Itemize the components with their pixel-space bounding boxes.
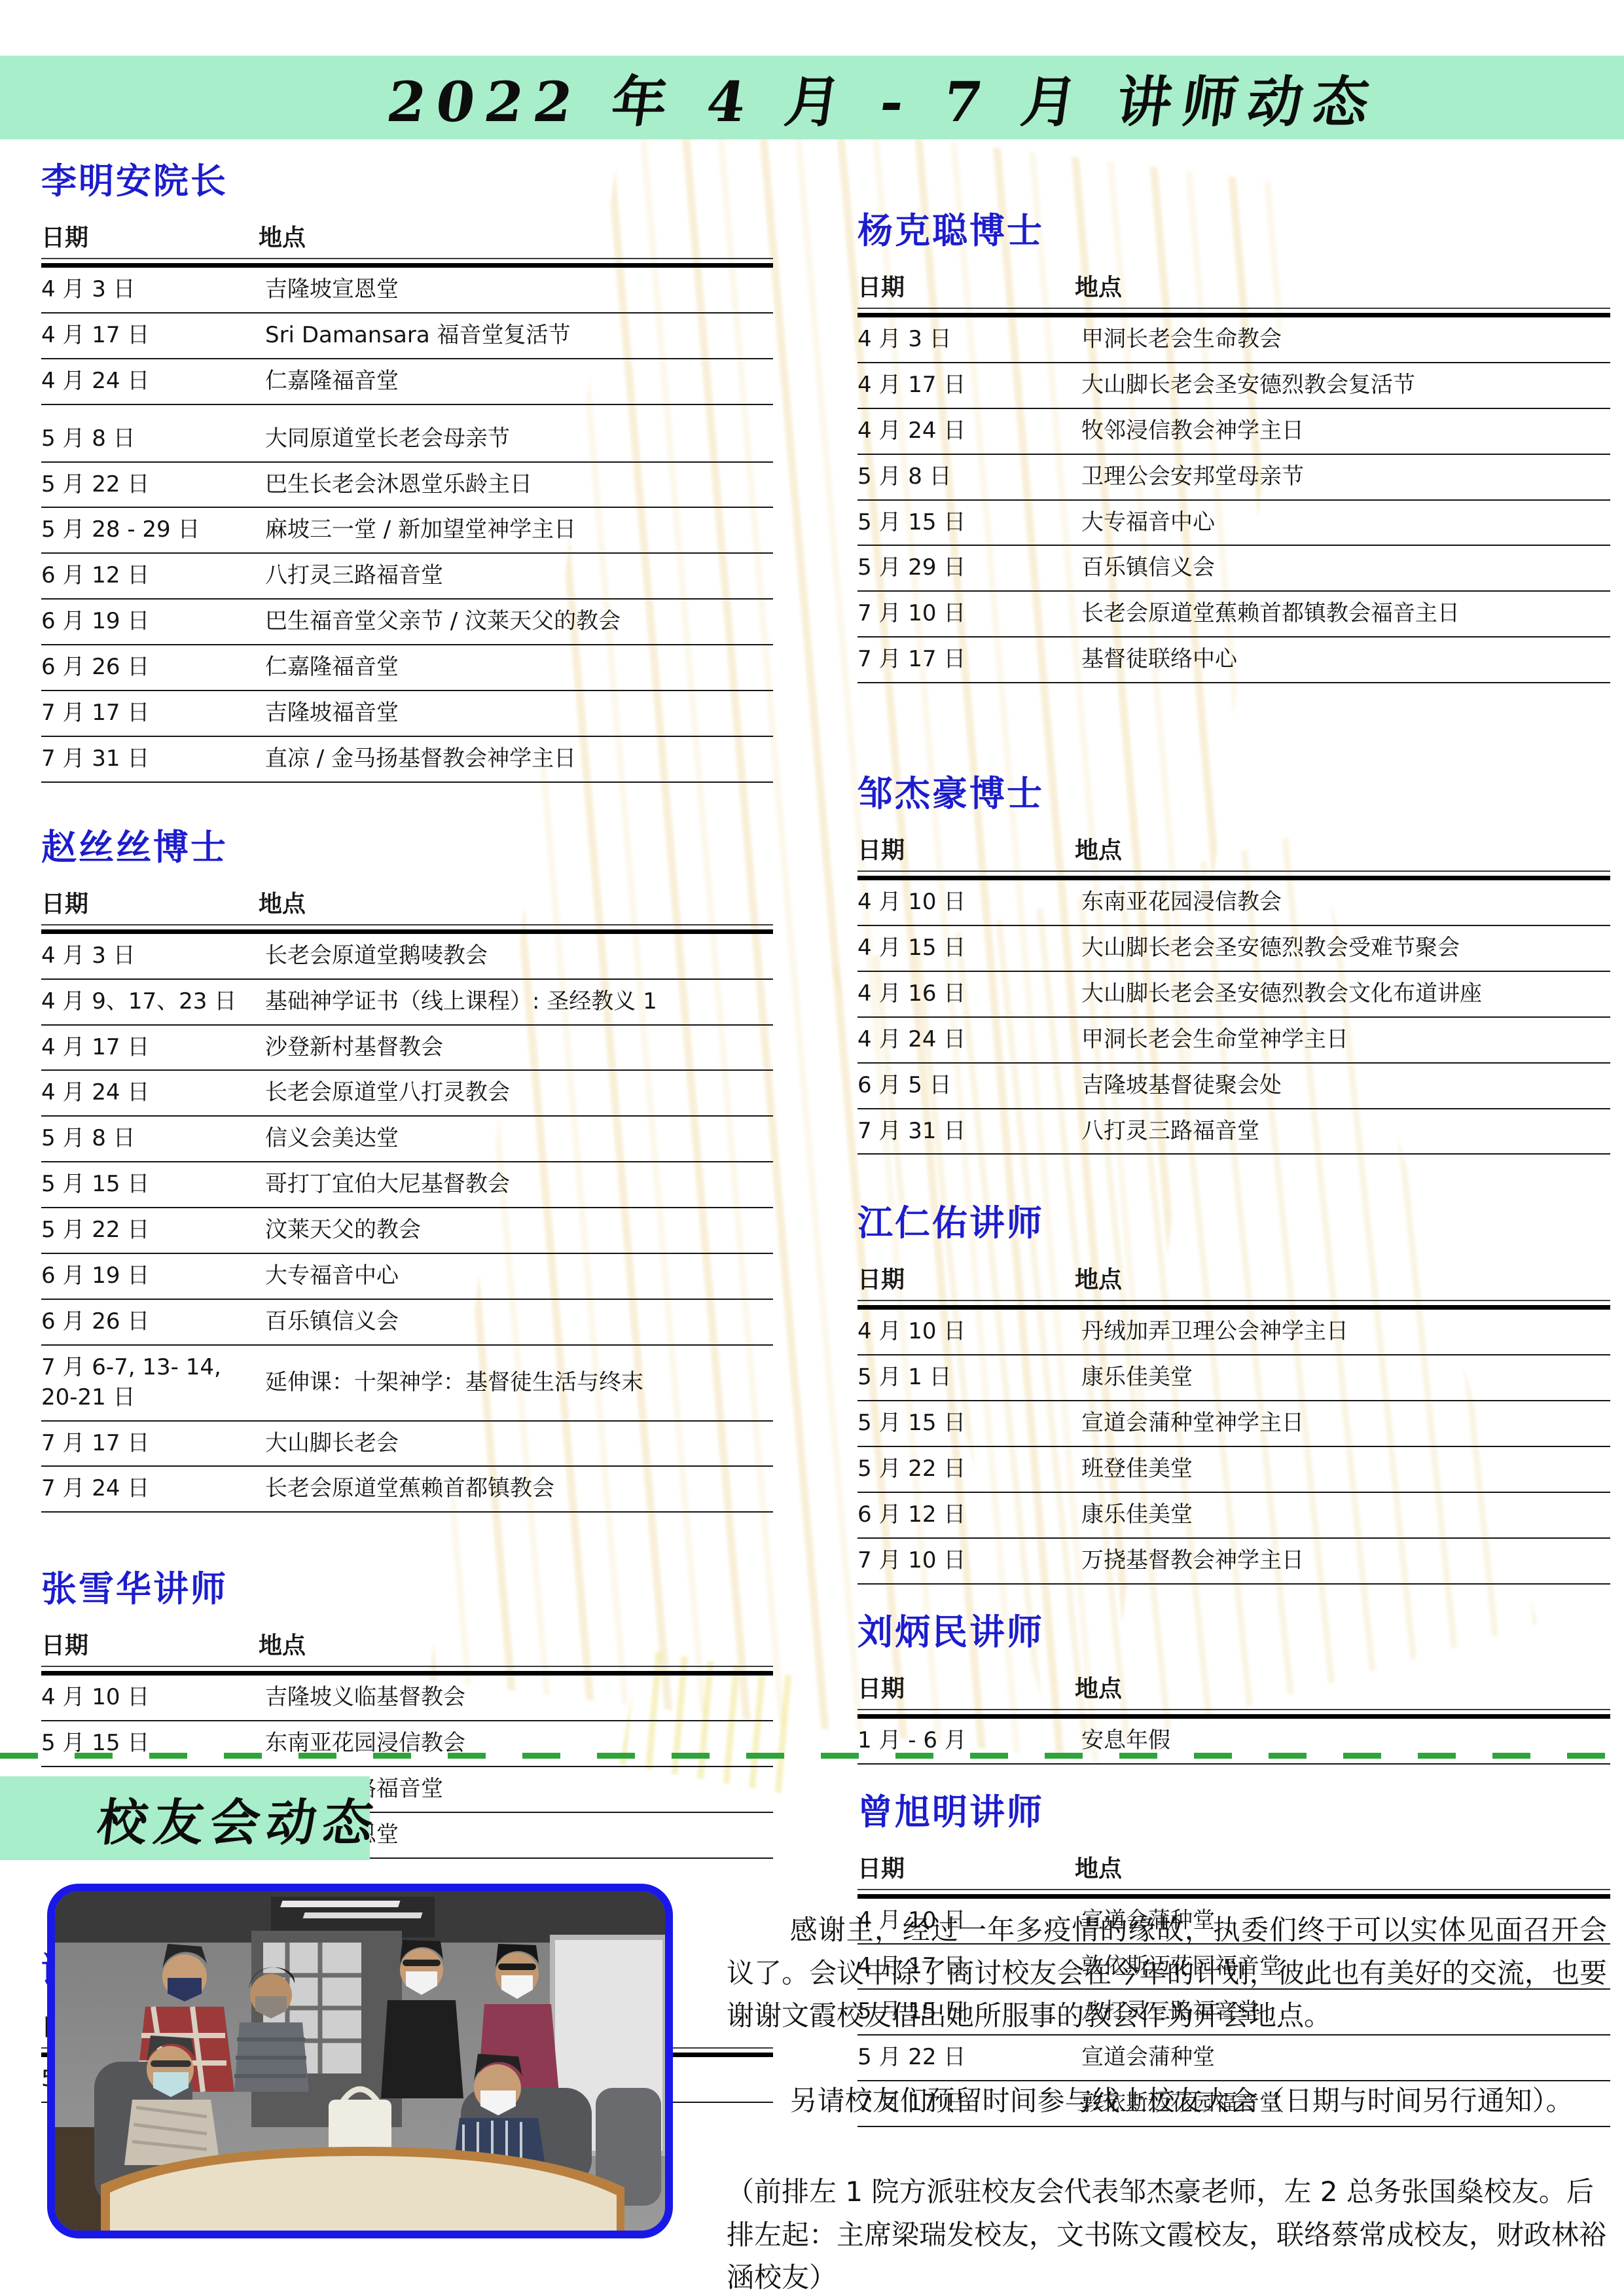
schedule-date: 5 月 8 日 [857,462,1081,492]
table-header: 日期 地点 [41,886,773,934]
schedule-row: 4 月 17 日 大山脚长老会圣安德烈教会复活节 [857,363,1610,409]
column-header-location: 地点 [259,219,773,253]
lecturer-section: 江仁佑讲师 日期 地点 4 月 10 日 丹绒加弄卫理公会神学主日 5 月 1 … [857,1195,1610,1584]
table-header: 日期 地点 [857,1670,1610,1719]
schedule-location: 麻坡三一堂 / 新加望堂神学主日 [265,515,773,545]
schedule-row: 4 月 17 日 沙登新村基督教会 [41,1026,773,1071]
schedule-row: 6 月 12 日 康乐佳美堂 [857,1493,1610,1539]
schedule-location: 甲洞长老会生命教会 [1081,325,1610,355]
schedule-table: 日期 地点 4 月 3 日 甲洞长老会生命教会 4 月 17 日 大山脚长老会圣… [857,269,1610,683]
schedule-row: 5 月 15 日 大专福音中心 [857,501,1610,547]
schedule-row: 5 月 28 - 29 日 麻坡三一堂 / 新加望堂神学主日 [41,508,773,554]
schedule-date: 4 月 24 日 [857,1025,1081,1055]
schedule-row: 5 月 8 日 卫理公会安邦堂母亲节 [857,455,1610,501]
schedule-row: 4 月 10 日 东南亚花园浸信教会 [857,880,1610,926]
schedule-date: 7 月 6-7, 13- 14, 20-21 日 [41,1353,265,1413]
schedule-date: 4 月 15 日 [857,933,1081,963]
schedule-location: 基础神学证书（线上课程）: 圣经教义 1 [265,987,773,1017]
schedule-date: 4 月 3 日 [41,275,265,305]
schedule-location: 哥打丁宜伯大尼基督教会 [265,1170,773,1200]
schedule-row: 5 月 8 日 大同原道堂长老会母亲节 [41,417,773,463]
schedule-date: 7 月 10 日 [857,599,1081,629]
column-header-date: 日期 [857,832,1075,865]
schedule-date: 7 月 10 日 [857,1546,1081,1576]
schedule-date: 5 月 15 日 [857,1408,1081,1439]
schedule-location: 甲洞长老会生命堂神学主日 [1081,1025,1610,1055]
schedule-location: 长老会原道堂八打灵教会 [265,1078,773,1108]
schedule-row: 5 月 22 日 巴生长老会沐恩堂乐龄主日 [41,463,773,509]
lecturer-name: 李明安院长 [41,153,773,204]
lecturer-section: 杨克聪博士 日期 地点 4 月 3 日 甲洞长老会生命教会 4 月 17 日 大… [857,203,1610,683]
schedule-date: 6 月 26 日 [41,1307,265,1337]
schedule-location: 卫理公会安邦堂母亲节 [1081,462,1610,492]
schedule-location: 八打灵三路福音堂 [265,561,773,591]
schedule-row: 4 月 9、17、23 日 基础神学证书（线上课程）: 圣经教义 1 [41,980,773,1026]
photo-caption: （前排左 1 院方派驻校友会代表邹杰豪老师，左 2 总务张国燊校友。后排左起：主… [727,2170,1607,2296]
schedule-row: 6 月 26 日 仁嘉隆福音堂 [41,645,773,691]
column-header-location: 地点 [1075,1850,1610,1884]
alumni-photo-illustration [55,1892,665,2231]
column-header-date: 日期 [857,1670,1075,1704]
schedule-location: 延伸课：十架神学：基督徒生活与终末 [265,1368,773,1398]
schedule-date: 5 月 22 日 [41,1215,265,1246]
schedule-row: 7 月 31 日 直凉 / 金马扬基督教会神学主日 [41,737,773,783]
schedule-date: 4 月 10 日 [857,1317,1081,1347]
schedule-date: 7 月 31 日 [857,1117,1081,1147]
schedule-location: 吉隆坡基督徒聚会处 [1081,1071,1610,1101]
schedule-location: 康乐佳美堂 [1081,1363,1610,1393]
schedule-date: 6 月 19 日 [41,607,265,637]
table-header: 日期 地点 [41,219,773,268]
schedule-location: 安息年假 [1081,1726,1610,1756]
schedule-row: 6 月 19 日 大专福音中心 [41,1254,773,1300]
schedule-location: 大山脚长老会圣安德烈教会受难节聚会 [1081,933,1610,963]
schedule-row: 6 月 26 日 百乐镇信义会 [41,1300,773,1346]
schedule-row: 5 月 15 日 哥打丁宜伯大尼基督教会 [41,1162,773,1208]
column-header-date: 日期 [41,219,259,253]
schedule-location: 汶莱天父的教会 [265,1215,773,1246]
table-header: 日期 地点 [857,832,1610,880]
schedule-date: 5 月 22 日 [857,1454,1081,1484]
table-header: 日期 地点 [857,269,1610,317]
schedule-row: 4 月 10 日 丹绒加弄卫理公会神学主日 [857,1310,1610,1355]
schedule-date: 7 月 17 日 [857,645,1081,675]
section-divider [0,1753,1624,1759]
schedule-row: 4 月 3 日 长老会原道堂鹅唛教会 [41,934,773,980]
schedule-row: 7 月 17 日 吉隆坡福音堂 [41,691,773,737]
schedule-row: 4 月 24 日 牧邻浸信教会神学主日 [857,409,1610,455]
schedule-location: 东南亚花园浸信教会 [1081,888,1610,918]
schedule-location: 吉隆坡义临基督教会 [265,1683,773,1713]
schedule-date: 5 月 29 日 [857,553,1081,583]
lecturer-name: 曾旭明讲师 [857,1784,1610,1835]
schedule-table: 日期 地点 4 月 3 日 长老会原道堂鹅唛教会 4 月 9、17、23 日 基… [41,886,773,1513]
schedule-location: 百乐镇信义会 [1081,553,1610,583]
schedule-location: 大同原道堂长老会母亲节 [265,424,773,454]
schedule-date: 6 月 12 日 [857,1500,1081,1530]
schedule-row: 6 月 12 日 八打灵三路福音堂 [41,554,773,600]
schedule-location: 长老会原道堂蕉赖首都镇教会福音主日 [1081,599,1610,629]
lecturer-name: 刘炳民讲师 [857,1604,1610,1655]
schedule-table: 日期 地点 4 月 10 日 东南亚花园浸信教会 4 月 15 日 大山脚长老会… [857,832,1610,1155]
schedule-date: 4 月 3 日 [857,325,1081,355]
schedule-row: 5 月 22 日 班登佳美堂 [857,1447,1610,1493]
alumni-paragraph-1: 感谢主，经过一年多疫情的缘故，执委们终于可以实体见面召开会议了。会议中除了商讨校… [727,1909,1607,2037]
lecturer-column-right: 杨克聪博士 日期 地点 4 月 3 日 甲洞长老会生命教会 4 月 17 日 大… [857,153,1610,2127]
newsletter-page: 2022 年 4 月 - 7 月 讲师动态 李明安院长 日期 地点 4 月 3 … [0,0,1624,2296]
schedule-date: 4 月 16 日 [857,979,1081,1009]
schedule-date: 4 月 17 日 [41,1033,265,1063]
schedule-date: 4 月 3 日 [41,941,265,971]
column-header-location: 地点 [259,886,773,919]
lecturer-name: 杨克聪博士 [857,203,1610,253]
schedule-row: 7 月 10 日 长老会原道堂蕉赖首都镇教会福音主日 [857,592,1610,637]
schedule-row: 6 月 19 日 巴生福音堂父亲节 / 汶莱天父的教会 [41,600,773,645]
schedule-date: 5 月 15 日 [41,1170,265,1200]
schedule-row: 4 月 24 日 长老会原道堂八打灵教会 [41,1071,773,1117]
schedule-row: 4 月 15 日 大山脚长老会圣安德烈教会受难节聚会 [857,926,1610,972]
schedule-location: 康乐佳美堂 [1081,1500,1610,1530]
schedule-date: 4 月 10 日 [41,1683,265,1713]
schedule-date: 5 月 8 日 [41,1124,265,1154]
schedule-row: 4 月 24 日 甲洞长老会生命堂神学主日 [857,1018,1610,1064]
schedule-date: 7 月 17 日 [41,1429,265,1459]
schedule-date: 6 月 5 日 [857,1071,1081,1101]
schedule-date: 5 月 15 日 [857,508,1081,538]
schedule-row: 5 月 15 日 东南亚花园浸信教会 [41,1721,773,1767]
lecturer-name: 邹杰豪博士 [857,766,1610,816]
alumni-paragraph-2: 另请校友们预留时间参与线上校友大会（日期与时间另行通知）。 [727,2079,1607,2123]
schedule-row: 7 月 17 日 基督徒联络中心 [857,637,1610,683]
schedule-date: 4 月 24 日 [41,367,265,397]
schedule-row: 5 月 22 日 汶莱天父的教会 [41,1208,773,1254]
schedule-row: 7 月 24 日 长老会原道堂蕉赖首都镇教会 [41,1467,773,1513]
schedule-table: 日期 地点 4 月 3 日 吉隆坡宣恩堂 4 月 17 日 Sri Damans… [41,219,773,783]
lecturer-section: 赵丝丝博士 日期 地点 4 月 3 日 长老会原道堂鹅唛教会 4 月 9、17、… [41,819,773,1513]
schedule-date: 4 月 10 日 [857,888,1081,918]
schedule-date: 6 月 26 日 [41,653,265,683]
alumni-title: 校友会动态 [94,1783,384,1854]
lecturer-section: 李明安院长 日期 地点 4 月 3 日 吉隆坡宣恩堂 4 月 17 日 Sri … [41,153,773,783]
alumni-title-plate: 校友会动态 [0,1776,370,1860]
column-header-date: 日期 [857,1850,1075,1884]
schedule-date: 5 月 22 日 [41,470,265,500]
schedule-location: 八打灵三路福音堂 [1081,1117,1610,1147]
column-header-location: 地点 [1075,269,1610,302]
schedule-row: 5 月 8 日 信义会美达堂 [41,1117,773,1162]
lecturer-section: 刘炳民讲师 日期 地点 1 月 - 6 月 安息年假 [857,1604,1610,1765]
schedule-location: 长老会原道堂鹅唛教会 [265,941,773,971]
schedule-location: 大专福音中心 [1081,508,1610,538]
column-header-location: 地点 [1075,1670,1610,1704]
schedule-location: 大专福音中心 [265,1261,773,1291]
table-header: 日期 地点 [857,1261,1610,1310]
schedule-date: 5 月 28 - 29 日 [41,515,265,545]
schedule-location: 仁嘉隆福音堂 [265,367,773,397]
schedule-location: 百乐镇信义会 [265,1307,773,1337]
schedule-location: 大山脚长老会圣安德烈教会文化布道讲座 [1081,979,1610,1009]
schedule-location: 吉隆坡宣恩堂 [265,275,773,305]
schedule-row: 7 月 10 日 万挠基督教会神学主日 [857,1539,1610,1585]
schedule-location: Sri Damansara 福音堂复活节 [265,321,773,351]
schedule-location: 巴生福音堂父亲节 / 汶莱天父的教会 [265,607,773,637]
schedule-date: 4 月 9、17、23 日 [41,987,265,1017]
schedule-date: 7 月 31 日 [41,744,265,774]
schedule-date: 7 月 24 日 [41,1474,265,1504]
schedule-location: 吉隆坡福音堂 [265,698,773,728]
schedule-row: 7 月 6-7, 13- 14, 20-21 日 延伸课：十架神学：基督徒生活与… [41,1346,773,1422]
schedule-date: 7 月 17 日 [41,698,265,728]
schedule-location: 沙登新村基督教会 [265,1033,773,1063]
schedule-location: 牧邻浸信教会神学主日 [1081,416,1610,446]
schedule-row: 4 月 10 日 吉隆坡义临基督教会 [41,1676,773,1721]
schedule-row: 4 月 16 日 大山脚长老会圣安德烈教会文化布道讲座 [857,972,1610,1018]
schedule-row: 5 月 29 日 百乐镇信义会 [857,546,1610,592]
schedule-date: 4 月 17 日 [857,370,1081,401]
schedule-row: 6 月 5 日 吉隆坡基督徒聚会处 [857,1064,1610,1109]
schedule-location: 直凉 / 金马扬基督教会神学主日 [265,744,773,774]
page-banner: 2022 年 4 月 - 7 月 讲师动态 [0,56,1624,139]
page-title: 2022 年 4 月 - 7 月 讲师动态 [383,58,1385,137]
lecturer-name: 赵丝丝博士 [41,819,773,870]
lecturer-section: 邹杰豪博士 日期 地点 4 月 10 日 东南亚花园浸信教会 4 月 15 日 … [857,766,1610,1155]
schedule-row: 7 月 17 日 大山脚长老会 [41,1422,773,1467]
schedule-table: 日期 地点 4 月 10 日 丹绒加弄卫理公会神学主日 5 月 1 日 康乐佳美… [857,1261,1610,1584]
column-header-location: 地点 [1075,1261,1610,1295]
schedule-location: 长老会原道堂蕉赖首都镇教会 [265,1474,773,1504]
schedule-location: 万挠基督教会神学主日 [1081,1546,1610,1576]
schedule-location: 基督徒联络中心 [1081,645,1610,675]
column-header-date: 日期 [857,269,1075,302]
alumni-meeting-photo [47,1884,673,2238]
schedule-row: 5 月 15 日 宣道会蒲种堂神学主日 [857,1401,1610,1447]
lecturer-name: 张雪华讲师 [41,1561,773,1611]
schedule-location: 仁嘉隆福音堂 [265,653,773,683]
column-header-location: 地点 [259,1627,773,1660]
table-header: 日期 地点 [857,1850,1610,1899]
schedule-date: 4 月 24 日 [857,416,1081,446]
schedule-date: 5 月 8 日 [41,424,265,454]
schedule-row: 5 月 1 日 康乐佳美堂 [857,1355,1610,1401]
schedule-location: 大山脚长老会圣安德烈教会复活节 [1081,370,1610,401]
schedule-row: 4 月 24 日 仁嘉隆福音堂 [41,359,773,405]
schedule-date: 4 月 24 日 [41,1078,265,1108]
schedule-date: 1 月 - 6 月 [857,1726,1081,1756]
schedule-row: 4 月 3 日 吉隆坡宣恩堂 [41,268,773,314]
column-header-date: 日期 [857,1261,1075,1295]
column-header-location: 地点 [1075,832,1610,865]
schedule-row: 7 月 31 日 八打灵三路福音堂 [857,1109,1610,1155]
schedule-location: 巴生长老会沐恩堂乐龄主日 [265,470,773,500]
column-header-date: 日期 [41,1627,259,1660]
column-header-date: 日期 [41,886,259,919]
schedule-location: 宣道会蒲种堂神学主日 [1081,1408,1610,1439]
schedule-location: 班登佳美堂 [1081,1454,1610,1484]
lecturer-name: 江仁佑讲师 [857,1195,1610,1246]
schedule-date: 6 月 19 日 [41,1261,265,1291]
schedule-location: 丹绒加弄卫理公会神学主日 [1081,1317,1610,1347]
schedule-location: 信义会美达堂 [265,1124,773,1154]
schedule-location: 大山脚长老会 [265,1429,773,1459]
schedule-date: 4 月 17 日 [41,321,265,351]
schedule-date: 6 月 12 日 [41,561,265,591]
schedule-date: 5 月 1 日 [857,1363,1081,1393]
schedule-row: 4 月 17 日 Sri Damansara 福音堂复活节 [41,314,773,359]
alumni-text-block: 感谢主，经过一年多疫情的缘故，执委们终于可以实体见面召开会议了。会议中除了商讨校… [727,1909,1607,2296]
schedule-row: 4 月 3 日 甲洞长老会生命教会 [857,317,1610,363]
table-header: 日期 地点 [41,1627,773,1676]
schedule-table: 日期 地点 1 月 - 6 月 安息年假 [857,1670,1610,1765]
